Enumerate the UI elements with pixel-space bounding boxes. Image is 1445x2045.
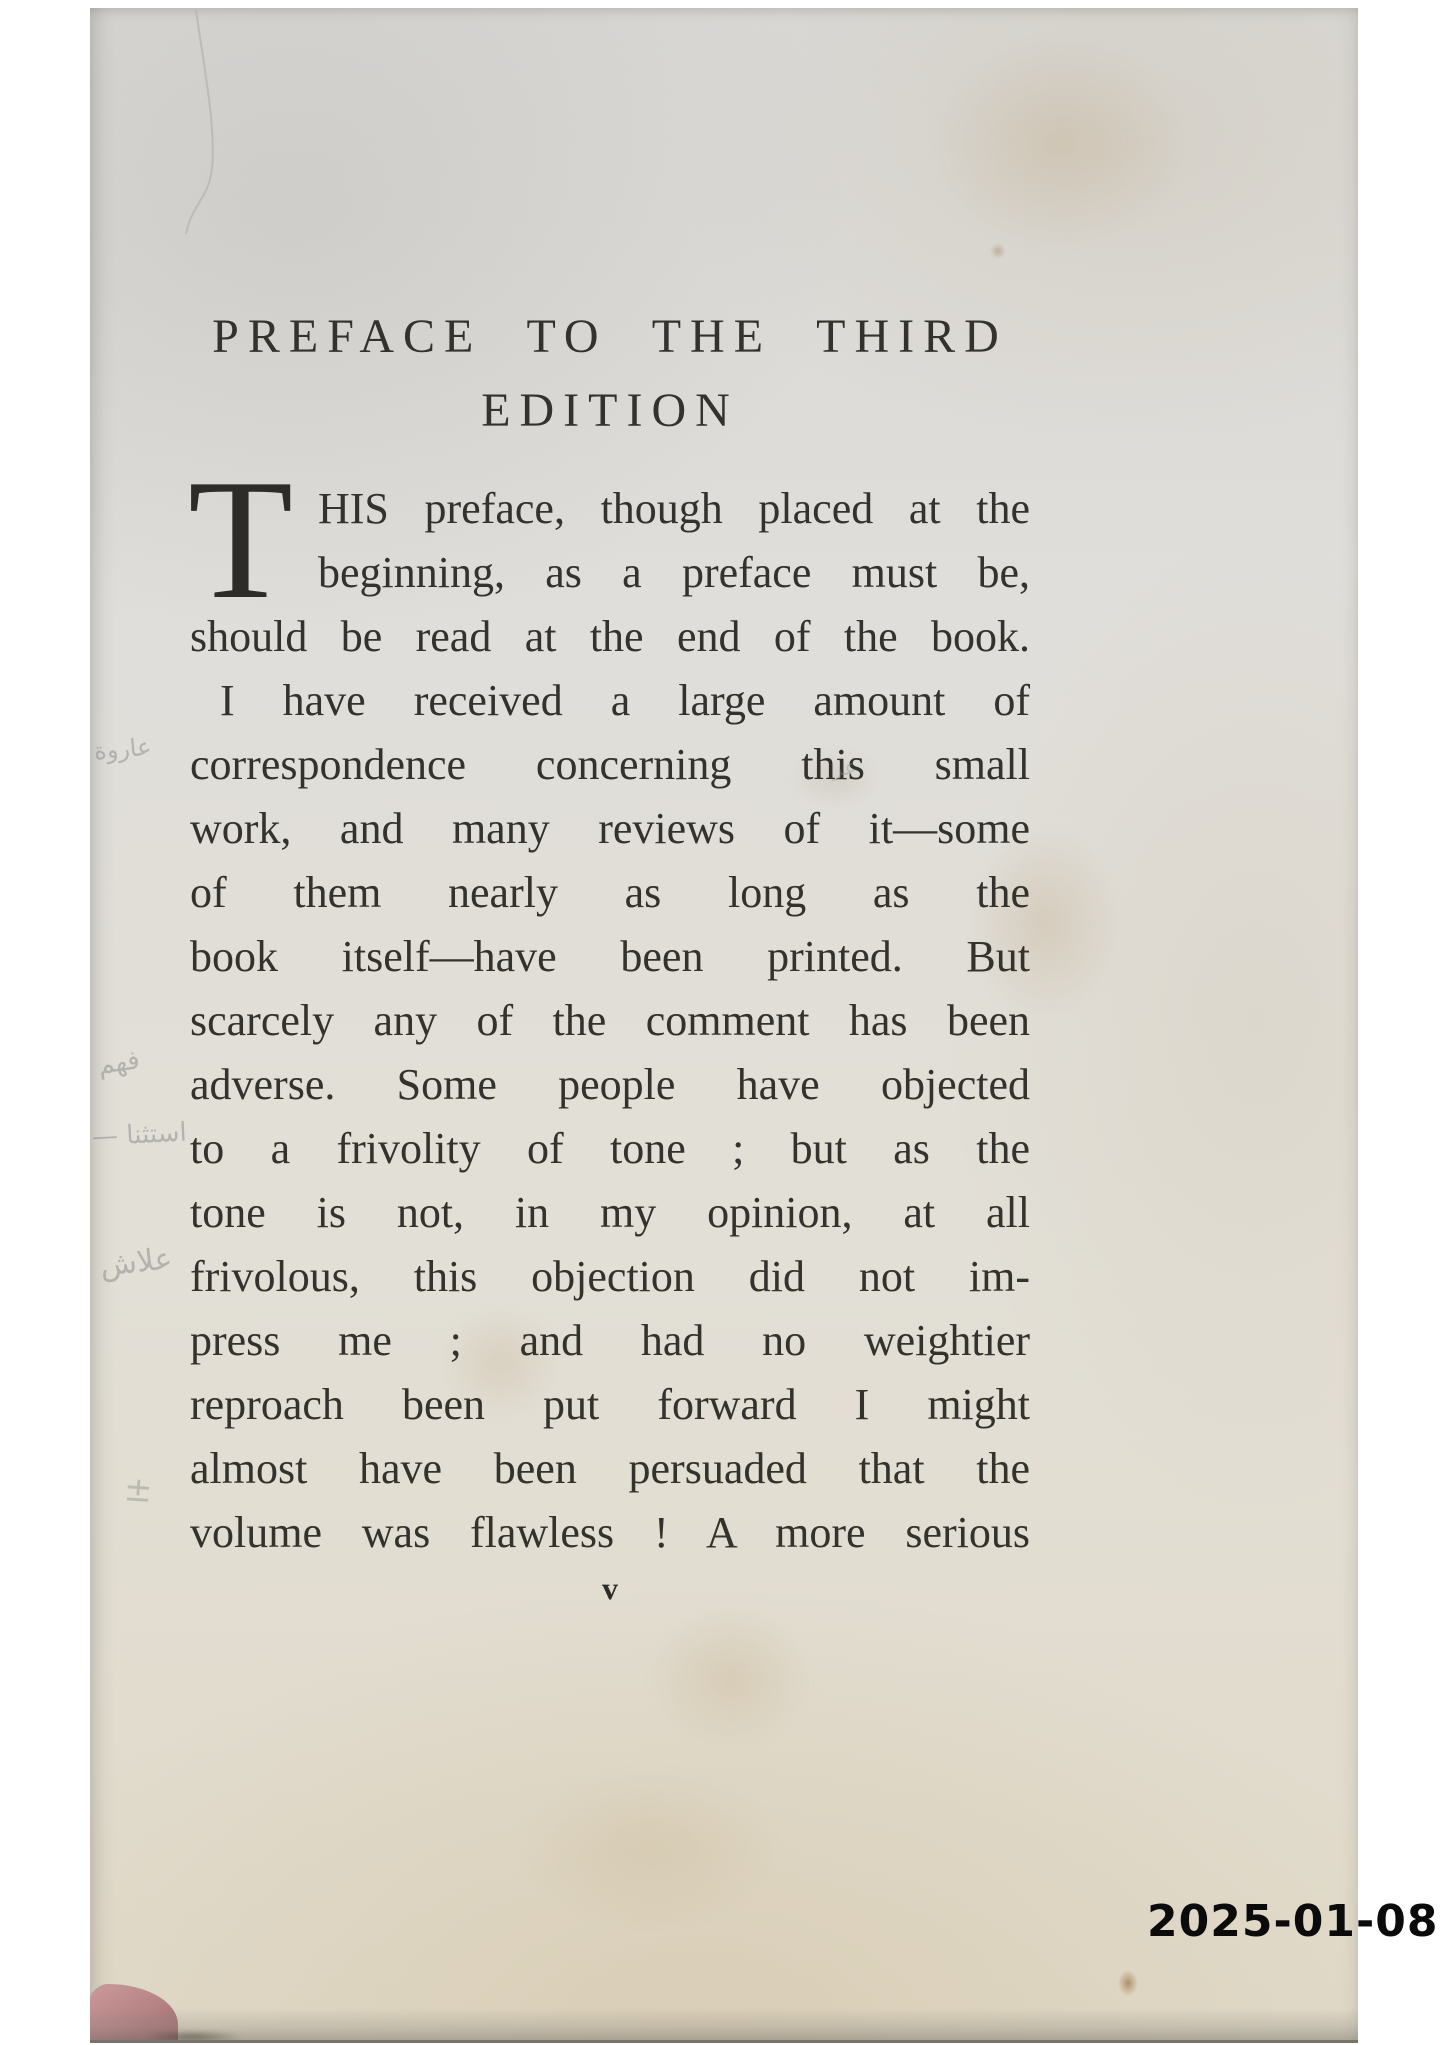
- fingertip: [90, 1984, 178, 2042]
- paper-stain: [930, 38, 1190, 248]
- paper-stain: [520, 1768, 780, 1928]
- pencil-marginalia: علاش: [98, 1241, 174, 1283]
- paper-speck: [990, 243, 1006, 259]
- text-line: reproach been put forward I might: [190, 1373, 1030, 1437]
- pencil-marginalia: عر: [831, 755, 858, 782]
- date-stamp: 2025-01-08: [1147, 1896, 1438, 1947]
- paper-crease-line: [182, 8, 252, 238]
- text-line: of them nearly as long as the: [190, 861, 1030, 925]
- text-line: should be read at the end of the book.: [190, 605, 1030, 669]
- text-line: scarcely any of the comment has been: [190, 989, 1030, 1053]
- text-line: adverse. Some people have objected: [190, 1053, 1030, 1117]
- finger-shadow: [142, 2008, 322, 2042]
- text-line: correspondence concerning this small: [190, 733, 1030, 797]
- text-line: almost have been persuaded that the: [190, 1437, 1030, 1501]
- text-line: HIS preface, though placed at the: [190, 477, 1030, 541]
- paper-stain: [650, 1608, 810, 1748]
- text-line: beginning, as a preface must be,: [190, 541, 1030, 605]
- book-page-photo: PREFACE TO THE THIRD EDITION T HIS prefa…: [90, 8, 1358, 2043]
- text-line: volume was flawless ! A more serious: [190, 1501, 1030, 1565]
- screenshot-stage: PREFACE TO THE THIRD EDITION T HIS prefa…: [0, 0, 1445, 2045]
- paper-speck: [1118, 1970, 1138, 1996]
- text-line: I have received a large amount of: [190, 669, 1030, 733]
- page-number: v: [190, 1568, 1030, 1608]
- heading-line-2: EDITION: [190, 374, 1030, 448]
- pencil-marginalia: عاروة: [93, 733, 153, 766]
- text-line: book itself—have been printed. But: [190, 925, 1030, 989]
- text-line: to a frivolity of tone ; but as the: [190, 1117, 1030, 1181]
- text-line: tone is not, in my opinion, at all: [190, 1181, 1030, 1245]
- pencil-marginalia: استثنا —: [91, 1118, 187, 1153]
- heading-line-1: PREFACE TO THE THIRD: [190, 300, 1030, 374]
- text-line: press me ; and had no weightier: [190, 1309, 1030, 1373]
- text-line: frivolous, this objection did not im-: [190, 1245, 1030, 1309]
- pencil-marginalia: ±: [123, 1469, 154, 1511]
- body-text-block: HIS preface, though placed at the beginn…: [190, 477, 1030, 1565]
- pencil-marginalia: فهم: [96, 1045, 141, 1081]
- chapter-heading: PREFACE TO THE THIRD EDITION: [190, 300, 1030, 448]
- text-line: work, and many reviews of it—some: [190, 797, 1030, 861]
